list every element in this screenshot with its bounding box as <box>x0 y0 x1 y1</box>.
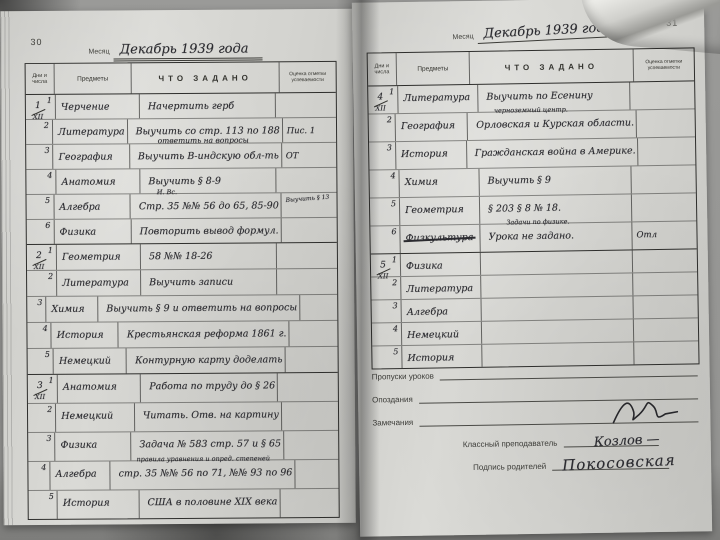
lesson-number: 6 <box>370 226 400 253</box>
subject-cell: Алгебра <box>50 461 110 489</box>
parent-signature-label: Подпись родителей <box>473 462 552 472</box>
header-assigned: ЧТО ЗАДАНО <box>132 62 280 93</box>
grade-cell <box>289 321 337 346</box>
header-grade: Оценка отметки успеваемости <box>634 48 694 81</box>
subject-cell: Немецкий <box>402 322 482 345</box>
grade-cell <box>276 93 336 117</box>
date-day: 5 <box>380 261 386 270</box>
date-month: XII <box>378 273 389 280</box>
subject-name: История <box>57 330 104 341</box>
subject-cell: История <box>58 490 140 519</box>
grade-cell <box>634 318 698 341</box>
subject-name: Черчение <box>61 101 110 112</box>
task-cell: черноземный центр.Орловская и Курская об… <box>468 110 637 140</box>
date-month: XII <box>35 394 46 401</box>
grade-cell <box>631 165 695 193</box>
table-header: Дни и числа Предметы ЧТО ЗАДАНО Оценка о… <box>26 62 336 95</box>
class-teacher-line: Козлов — <box>563 433 659 447</box>
lesson-row: 5ИсторияСША в половине XIX века <box>29 489 339 519</box>
subject-cell: Литература <box>57 270 141 296</box>
subject-cell: Химия <box>46 297 98 322</box>
remarks-scribble-signature <box>609 396 679 427</box>
parent-signature-row: Подпись родителей Покосовская <box>473 456 669 472</box>
lesson-number: 4 <box>369 170 399 197</box>
lesson-number: 2 <box>28 404 56 432</box>
subject-name: География <box>59 151 113 162</box>
lesson-row: 2ЛитератураВыучить со стр. 113 по 188отв… <box>26 118 336 145</box>
date-day: 1 <box>35 102 41 111</box>
lesson-row: 6ФизкультураЗадачи по физике.Урока не за… <box>370 221 696 253</box>
remarks-line <box>419 409 698 426</box>
grade-mark: ОТ <box>286 151 299 161</box>
header-days: Дни и числа <box>368 53 397 85</box>
lesson-row: 6ФизикаПовторить вывод формул. <box>27 218 337 244</box>
month-label: Месяц <box>452 33 473 41</box>
diary-photo: 30 МесяцДекабрь 1939 года Дни и числа Пр… <box>0 0 720 540</box>
task-text: Выучить по Есенину <box>486 90 593 103</box>
class-teacher-signature: Козлов — <box>593 432 659 450</box>
task-cell: Начертить герб <box>140 93 276 118</box>
task-cell: Повторить вывод формул. <box>132 218 282 243</box>
subject-name: Химия <box>405 176 438 188</box>
diary-left-page: 30 МесяцДекабрь 1939 года Дни и числа Пр… <box>0 9 356 525</box>
header-subjects: Предметы <box>55 63 132 94</box>
subject-cell: Геометрия <box>400 197 480 225</box>
subject-name: Физика <box>60 440 97 451</box>
diary-right-page: 31 МесяцДекабрь 1939 года Дни и числа Пр… <box>352 0 712 537</box>
lesson-number: 2 <box>369 114 397 141</box>
lateness-label: Опоздания <box>372 395 419 405</box>
subject-name: Физкультура <box>405 232 473 244</box>
subject-cell: Физика <box>401 253 481 276</box>
task-text: стр. 35 №№ 56 по 71, №№ 93 по 96 <box>119 467 293 479</box>
lesson-number: 5 <box>26 195 54 219</box>
subject-cell: География <box>396 113 469 141</box>
subject-cell: География <box>53 144 129 169</box>
subject-name: Литература <box>62 277 129 288</box>
subject-name: Алгебра <box>55 469 96 480</box>
lessons-table-left: Дни и числа Предметы ЧТО ЗАДАНО Оценка о… <box>25 61 340 520</box>
grade-cell <box>295 460 338 488</box>
parent-signature-line: Покосовская <box>552 456 669 471</box>
lesson-number: 4 <box>27 323 51 348</box>
subject-cell: Алгебра <box>54 194 131 219</box>
task-text: Задача № 583 стр. 57 и § 65 <box>139 438 281 450</box>
task-cell: Выучить В-индскую обл-ть <box>130 143 282 168</box>
subject-cell: Литература <box>401 276 481 299</box>
subject-cell: Физика <box>55 432 131 461</box>
subject-name: Химия <box>51 304 84 315</box>
parent-signature: Покосовская <box>562 451 676 475</box>
task-text: Читать. Отв. на картину <box>143 409 279 421</box>
grade-cell <box>638 137 695 165</box>
subject-cell: История <box>402 345 482 368</box>
grade-cell <box>633 249 697 272</box>
lesson-row: 4АнатомияВыучить § 8-9 <box>26 168 336 195</box>
date-day: 3 <box>37 382 43 391</box>
page-footer: Пропуски уроков Опоздания Замечания Клас… <box>372 363 700 483</box>
lesson-number: 3 <box>372 300 402 322</box>
lesson-number: 5 <box>370 198 400 225</box>
subject-name: Литература <box>58 126 125 137</box>
lesson-row: 3ХимияВыучить § 9 и ответить на вопросы <box>27 295 337 323</box>
day-block: 4XII1ЛитератураВыучить по Есенину2Геогра… <box>368 81 697 254</box>
subject-cell: Химия <box>399 169 479 197</box>
task-cell: Выучить § 9 <box>479 166 631 195</box>
task-text: Крестьянская реформа 1861 г. <box>127 328 287 340</box>
task-note: черноземный центр. <box>494 105 568 114</box>
grade-mark: Выучить § 13 <box>285 193 334 204</box>
grade-cell: Выучить § 13 <box>282 193 337 217</box>
task-text: Урока не задано. <box>488 230 574 242</box>
subject-cell: Литература <box>398 85 478 113</box>
header-subjects: Предметы <box>397 52 470 85</box>
subject-name: Немецкий <box>59 355 111 366</box>
header-assigned: ЧТО ЗАДАНО <box>470 49 634 84</box>
lessons-table-right: Дни и числа Предметы ЧТО ЗАДАНО Оценка о… <box>367 47 700 369</box>
grade-cell <box>285 347 337 372</box>
task-text: Работа по труду до § 26 <box>149 380 275 392</box>
lesson-row: 1Геометрия58 №№ 18-26 <box>27 243 337 271</box>
lesson-number: 5 <box>29 491 58 519</box>
subject-cell: Алгебра <box>402 299 482 322</box>
subject-name: Литература <box>403 92 470 104</box>
grade-cell <box>277 269 337 294</box>
date-day: 4 <box>377 93 383 102</box>
task-cell <box>481 296 633 320</box>
lesson-number: 4 <box>372 323 402 345</box>
grade-cell <box>276 168 336 192</box>
task-cell <box>482 319 634 343</box>
task-cell <box>482 342 634 366</box>
missed-lessons-label: Пропуски уроков <box>372 371 440 381</box>
subject-name: Немецкий <box>61 410 113 421</box>
task-cell: США в половине XIX века <box>139 489 280 518</box>
task-cell: Выучить записи <box>141 269 277 295</box>
lesson-number: 4 <box>28 462 50 490</box>
lesson-number: 2 <box>26 120 53 144</box>
subject-name: Немецкий <box>407 329 459 341</box>
date-day: 2 <box>36 252 42 261</box>
task-cell <box>481 273 633 297</box>
grade-cell <box>278 373 338 401</box>
lesson-number: 3 <box>27 297 46 322</box>
table-body: 4XII1ЛитератураВыучить по Есенину2Геогра… <box>368 81 698 368</box>
lesson-number: 3 <box>28 433 55 461</box>
subject-cell: Немецкий <box>54 348 127 374</box>
month-value: Декабрь 1939 года <box>114 41 263 61</box>
class-teacher-row: Классный преподаватель Козлов — <box>463 433 659 449</box>
grade-cell <box>632 193 696 221</box>
date-marker: 2XII <box>28 252 50 271</box>
subject-name: Физика <box>406 260 443 272</box>
task-text: Стр. 35 №№ 56 до 65, 85-90 <box>139 200 279 212</box>
subject-cell: Физика <box>54 219 131 244</box>
grade-mark: Пис. 1 <box>287 126 316 136</box>
task-cell: правила уравнения и опред. степенейстр. … <box>110 460 295 489</box>
lesson-number: 4 <box>26 170 56 194</box>
month-header-left: МесяцДекабрь 1939 года <box>88 39 262 58</box>
task-text: Выучить В-индскую обл-ть <box>138 150 279 162</box>
task-text: Контурную карту доделать <box>135 354 282 366</box>
class-teacher-label: Классный преподаватель <box>463 439 564 450</box>
lesson-row: 1АнатомияРабота по труду до § 26 <box>28 373 338 404</box>
lesson-row: 2НемецкийЧитать. Отв. на картину <box>28 402 338 433</box>
page-number-left: 30 <box>30 37 42 47</box>
grade-cell <box>633 272 697 295</box>
lesson-row: 1ЧерчениеНачертить герб <box>26 93 336 120</box>
grade-cell <box>282 402 338 430</box>
task-cell: Читать. Отв. на картину <box>135 402 282 431</box>
task-cell: Контурную карту доделать <box>127 347 285 373</box>
grade-cell <box>277 243 337 268</box>
subject-cell: Физкультура <box>400 225 480 253</box>
task-text: США в половине XIX века <box>147 496 277 508</box>
lesson-number: 6 <box>27 220 55 244</box>
subject-cell: Анатомия <box>58 374 142 403</box>
grade-cell: Отл <box>632 221 696 249</box>
lesson-row: 5НемецкийКонтурную карту доделать <box>28 347 338 374</box>
table-body: 1XII1ЧерчениеНачертить герб2ЛитератураВы… <box>26 93 339 519</box>
date-marker: 3XII <box>29 382 51 401</box>
month-label: Месяц <box>88 48 109 55</box>
grade-cell <box>300 295 337 320</box>
lesson-row: 3ГеографияВыучить В-индскую обл-тьОТ <box>26 143 336 170</box>
date-marker: 5XII <box>372 261 394 280</box>
day-block: 3XII1АнатомияРабота по труду до § 262Нем… <box>28 373 339 519</box>
subject-name: История <box>407 352 454 364</box>
lesson-row: 5АлгебраИ. Вс.Стр. 35 №№ 56 до 65, 85-90… <box>26 193 336 220</box>
subject-name: География <box>401 120 455 132</box>
task-cell <box>481 250 633 274</box>
task-note: Задачи по физике. <box>506 217 569 226</box>
task-cell: Выучить со стр. 113 по 188ответить на во… <box>127 118 282 143</box>
table-header: Дни и числа Предметы ЧТО ЗАДАНО Оценка о… <box>368 48 694 86</box>
task-cell: И. Вс.Стр. 35 №№ 56 до 65, 85-90 <box>131 193 282 218</box>
grade-cell: Пис. 1 <box>283 118 337 142</box>
lesson-number: 2 <box>27 271 57 296</box>
task-text: Повторить вывод формул. <box>140 225 279 237</box>
task-text: Выучить § 9 и ответить на вопросы <box>106 302 297 314</box>
date-marker: 4XII <box>369 93 391 112</box>
task-note: правила уравнения и опред. степеней <box>136 454 269 463</box>
grade-cell <box>630 81 694 109</box>
grade-mark: Отл <box>636 230 657 240</box>
task-text: Выучить § 9 <box>488 175 551 187</box>
subject-name: Геометрия <box>405 204 464 216</box>
lesson-row: 2ЛитератураВыучить записи <box>27 269 337 297</box>
subject-cell: Геометрия <box>57 244 141 270</box>
day-block: 2XII1Геометрия58 №№ 18-262ЛитератураВыуч… <box>27 243 338 375</box>
task-text: Выучить § 8-9 <box>148 176 221 188</box>
task-cell: Гражданская война в Америке. <box>467 138 639 168</box>
task-cell: Работа по труду до § 26 <box>141 373 278 402</box>
grade-cell <box>281 218 336 242</box>
subject-cell: Литература <box>53 119 128 144</box>
subject-cell: История <box>396 141 467 169</box>
grade-cell <box>637 109 695 137</box>
task-text: Начертить герб <box>148 101 234 113</box>
subject-name: История <box>63 497 110 508</box>
task-text: Выучить записи <box>149 277 233 289</box>
grade-cell <box>634 341 698 364</box>
grade-cell <box>633 295 697 318</box>
subject-cell: Черчение <box>56 94 140 119</box>
date-month: XII <box>375 105 386 112</box>
subject-name: Анатомия <box>63 381 117 392</box>
header-grade: Оценка отметки успеваемости <box>280 62 336 92</box>
day-block: 1XII1ЧерчениеНачертить герб2ЛитератураВы… <box>26 93 337 245</box>
lesson-row: 4Алгебраправила уравнения и опред. степе… <box>28 460 338 491</box>
lesson-number: 5 <box>372 346 402 368</box>
task-note: И. Вс. <box>157 188 177 196</box>
remarks-row: Замечания <box>372 409 698 427</box>
subject-name: История <box>401 148 448 160</box>
grade-cell <box>284 431 338 459</box>
task-text: § 203 § 8 № 18. <box>488 203 561 215</box>
missed-lessons-line <box>440 363 698 380</box>
lesson-number: 3 <box>26 145 54 169</box>
date-month: XII <box>33 114 44 121</box>
subject-name: Литература <box>406 283 473 295</box>
task-text: Гражданская война в Америке. <box>475 145 636 159</box>
day-block: 5XII1Физика2Литература3Алгебра4Немецкий5… <box>371 249 699 368</box>
task-text: Орловская и Курская области. <box>476 117 634 130</box>
subject-cell: Анатомия <box>56 169 140 194</box>
date-marker: 1XII <box>27 102 49 121</box>
subject-name: Анатомия <box>61 176 115 187</box>
subject-name: Физика <box>59 227 96 238</box>
task-text: 58 №№ 18-26 <box>149 251 213 262</box>
lesson-row: 4ИсторияКрестьянская реформа 1861 г. <box>27 321 337 349</box>
grade-cell <box>280 489 339 517</box>
task-cell: Задачи по физике.Урока не задано. <box>480 222 632 251</box>
grade-cell: ОТ <box>282 143 337 167</box>
task-cell: 58 №№ 18-26 <box>141 243 277 269</box>
subject-cell: История <box>52 322 119 347</box>
remarks-label: Замечания <box>372 418 419 428</box>
header-days: Дни и числа <box>26 64 55 94</box>
task-cell: Крестьянская реформа 1861 г. <box>119 321 290 347</box>
lesson-number: 3 <box>369 142 396 169</box>
subject-name: Геометрия <box>62 251 121 262</box>
subject-name: Алгебра <box>407 306 448 318</box>
lesson-number: 5 <box>28 349 54 374</box>
subject-name: Алгебра <box>59 202 100 213</box>
subject-cell: Немецкий <box>56 403 135 432</box>
task-cell: Выучить § 9 и ответить на вопросы <box>98 295 300 321</box>
date-month: XII <box>34 264 45 271</box>
